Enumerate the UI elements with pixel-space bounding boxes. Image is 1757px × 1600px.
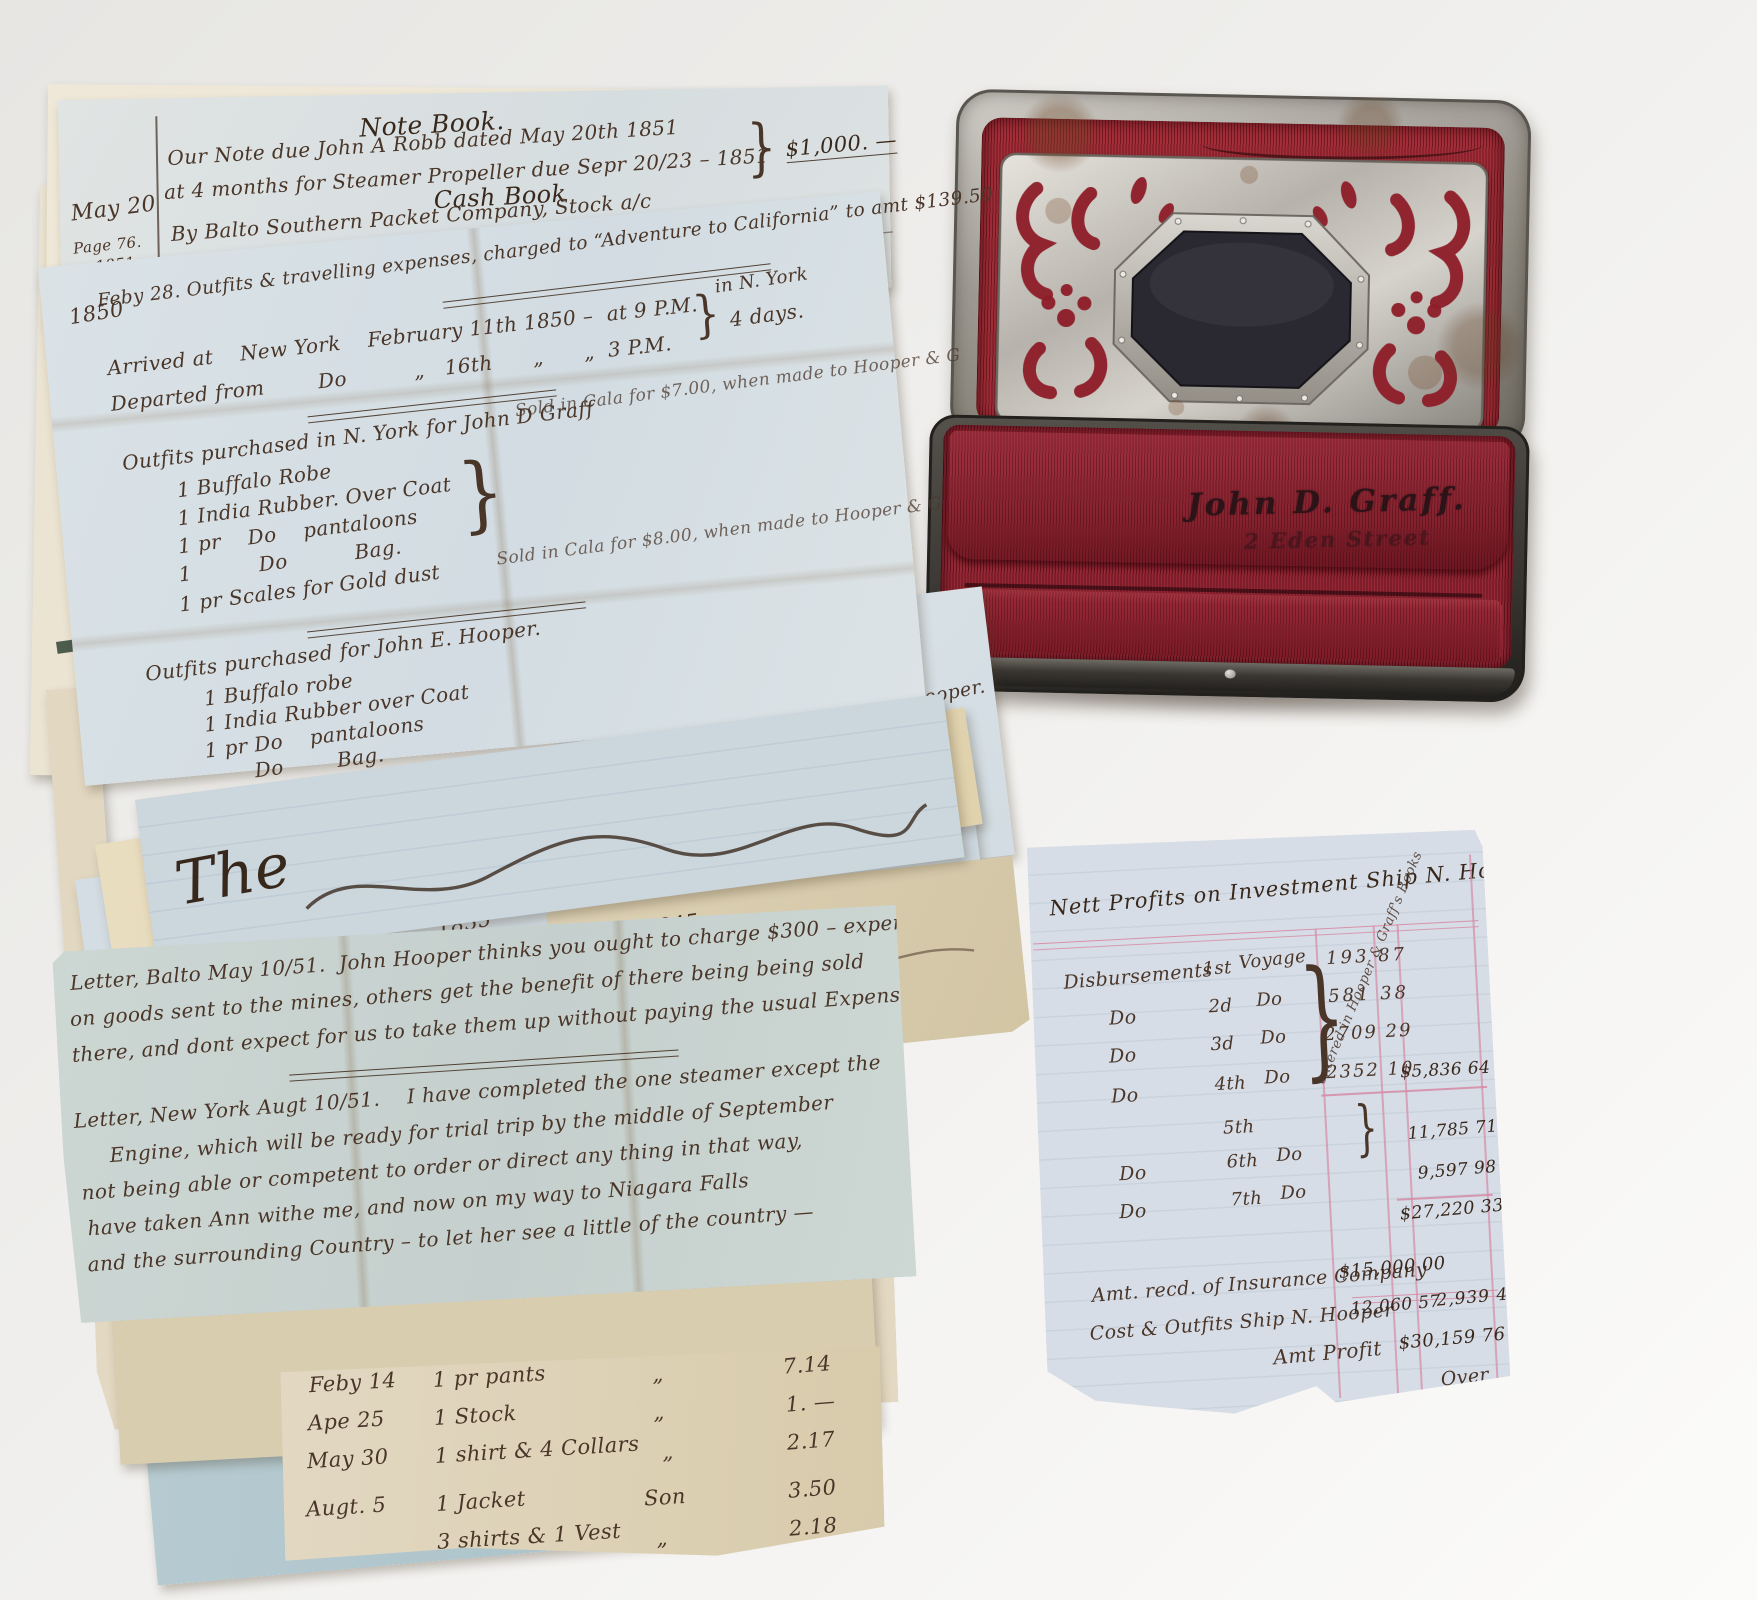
receipt-amount: 3.50 — [787, 1477, 837, 1502]
case-lid — [949, 89, 1531, 453]
profits-sheet: Nett Profits on Investment Ship N. Hoope… — [1020, 824, 1512, 1423]
receipt-date: May 30 — [306, 1446, 389, 1472]
sold-note: Sold in Cala for $8.00, when made to Hoo… — [496, 495, 943, 568]
wallet-flap: John D. Graff. 2 Eden Street — [947, 431, 1510, 571]
receipt-item: 1 shirt & 4 Collars — [434, 1433, 640, 1466]
silk-texture — [949, 589, 1502, 663]
row-ditto: Do — [1256, 990, 1283, 1009]
letter-sheet: Letter, Balto May 10/51. John Hooper thi… — [52, 905, 916, 1324]
outfits-1850-document: 1850 Feby 28. Outfits & travelling expen… — [38, 191, 927, 785]
receipt-mark: „ — [656, 1528, 668, 1549]
items-brace: } — [455, 449, 508, 536]
receipt-item: 1 Jacket — [436, 1489, 527, 1515]
receipt-strip: Feby 14 1 pr pants „ 7.14 Ape 25 1 Stock… — [280, 1346, 885, 1567]
receipt-item: 1 pr pants — [432, 1363, 546, 1391]
receipt-item: 1 Stock — [433, 1403, 517, 1429]
receipt-mark: „ — [653, 1402, 665, 1423]
row-label: Do — [1109, 1008, 1137, 1028]
receipt-mark: „ — [652, 1364, 664, 1385]
receipt-date: Ape 25 — [307, 1409, 385, 1435]
profit-label: Amt Profit — [1272, 1338, 1382, 1367]
receipt-mark: „ — [662, 1442, 674, 1463]
margin-date: May 20 — [70, 193, 158, 225]
row-total: $5,836 64 — [1400, 1060, 1491, 1082]
insurance-amount: $15,000 00 — [1338, 1255, 1446, 1282]
case-body: John D. Graff. 2 Eden Street — [924, 414, 1530, 703]
row-voyage: 6th — [1226, 1152, 1258, 1172]
large-script-word: The — [171, 835, 295, 915]
lid-tarnish — [949, 89, 1531, 453]
row-voyage: 7th — [1230, 1190, 1262, 1210]
receipt-amount: 1. — — [785, 1391, 836, 1416]
row-ditto: Do — [1260, 1028, 1287, 1047]
row-voyage: 3d — [1210, 1035, 1235, 1054]
entry-brace: } — [746, 115, 776, 178]
red-leather-interior: John D. Graff. 2 Eden Street — [939, 424, 1516, 668]
row-voyage: 1st — [1202, 959, 1232, 978]
row-label: Do — [1109, 1046, 1137, 1066]
row-label: Do — [1119, 1202, 1147, 1222]
cost-label: Cost & Outfits Ship N. Hooper — [1089, 1301, 1394, 1344]
row-label: Do — [1111, 1086, 1139, 1106]
receipt-amount: 2.17 — [786, 1429, 836, 1454]
departed-note: 4 days. — [729, 300, 805, 329]
wallet-pocket — [949, 589, 1502, 663]
row-voyage: 2d — [1208, 997, 1233, 1016]
receipt-date: Feby 14 — [308, 1370, 396, 1396]
receipt-date: Augt. 5 — [306, 1494, 387, 1520]
pink-double-rule — [1033, 920, 1479, 950]
row-label: Do — [1119, 1164, 1147, 1184]
photograph-of-documents-and-wallet: Note Book. May 20 Our Note due John A Ro… — [0, 0, 1757, 1600]
row-label: Disbursements — [1063, 961, 1214, 993]
row-ditto: Do — [1280, 1183, 1307, 1202]
receipt-mark: Son — [643, 1486, 686, 1510]
row-ditto: Do — [1264, 1068, 1291, 1087]
receipt-amount: 2.18 — [788, 1515, 838, 1540]
silver-card-case: John D. Graff. 2 Eden Street — [912, 82, 1565, 703]
note-amount: $1,000. — — [785, 130, 898, 164]
fifth-brace: } — [1353, 1098, 1379, 1159]
receipt-amount: 7.14 — [782, 1353, 832, 1378]
row-ditto: Do — [1276, 1146, 1303, 1165]
days-brace: } — [691, 288, 722, 341]
row-voyage: 5th — [1223, 1118, 1255, 1138]
cost-amount: 12,060 57 — [1350, 1293, 1441, 1318]
row-voyage: 4th — [1214, 1075, 1246, 1095]
profit-amount: $30,159 76 — [1398, 1326, 1506, 1353]
owner-address-stamp: 2 Eden Street — [1244, 525, 1431, 554]
over-label: Over — [1440, 1366, 1490, 1390]
cost-net: 2,939 43 — [1436, 1286, 1521, 1310]
clasp-stud — [1225, 669, 1236, 678]
owner-name-stamp: John D. Graff. — [1187, 481, 1468, 523]
